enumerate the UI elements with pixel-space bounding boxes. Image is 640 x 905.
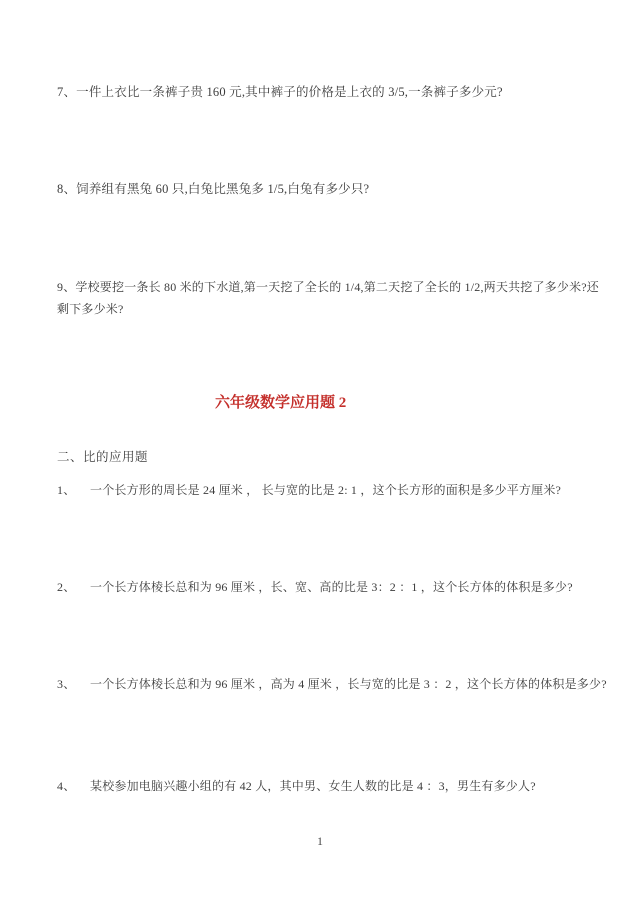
problem-text: 一个长方体棱长总和为 96 厘米 ，高为 4 厘米 ，长与宽的比是 3 ：2 ，…	[90, 677, 607, 691]
problem-7: 7、一件上衣比一条裤子贵 160 元,其中裤子的价格是上衣的 3/5,一条裤子多…	[57, 81, 503, 103]
section2-problem-4: 4、某校参加电脑兴趣小组的有 42 人，其中男、女生人数的比是 4 ：3，男生有…	[57, 775, 536, 797]
problem-number: 3、	[57, 673, 90, 695]
problem-number: 1、	[57, 479, 90, 501]
worksheet-title: 六年级数学应用题 2	[215, 392, 346, 414]
section2-problem-2: 2、一个长方体棱长总和为 96 厘米 ，长、宽、高的比是 3：2 ：1 ，这个长…	[57, 576, 573, 598]
problem-number: 2、	[57, 576, 90, 598]
section2-problem-3: 3、一个长方体棱长总和为 96 厘米 ，高为 4 厘米 ，长与宽的比是 3 ：2…	[57, 673, 607, 695]
problem-8: 8、饲养组有黑兔 60 只,白兔比黑兔多 1/5,白兔有多少只?	[57, 178, 369, 200]
problem-text: 一个长方体棱长总和为 96 厘米 ，长、宽、高的比是 3：2 ：1 ，这个长方体…	[90, 580, 573, 594]
section2-problem-1: 1、一个长方形的周长是 24 厘米 ， 长与宽的比是 2: 1 ，这个长方形的面…	[57, 479, 561, 501]
worksheet-page: 7、一件上衣比一条裤子贵 160 元,其中裤子的价格是上衣的 3/5,一条裤子多…	[0, 0, 640, 905]
problem-text: 一个长方形的周长是 24 厘米 ， 长与宽的比是 2: 1 ，这个长方形的面积是…	[90, 483, 561, 497]
problem-number: 4、	[57, 775, 90, 797]
section-heading: 二、比的应用题	[57, 446, 148, 468]
problem-text: 某校参加电脑兴趣小组的有 42 人，其中男、女生人数的比是 4 ：3，男生有多少…	[90, 779, 536, 793]
page-number: 1	[0, 831, 640, 851]
problem-9: 9、学校要挖一条长 80 米的下水道,第一天挖了全长的 1/4,第二天挖了全长的…	[57, 276, 602, 320]
